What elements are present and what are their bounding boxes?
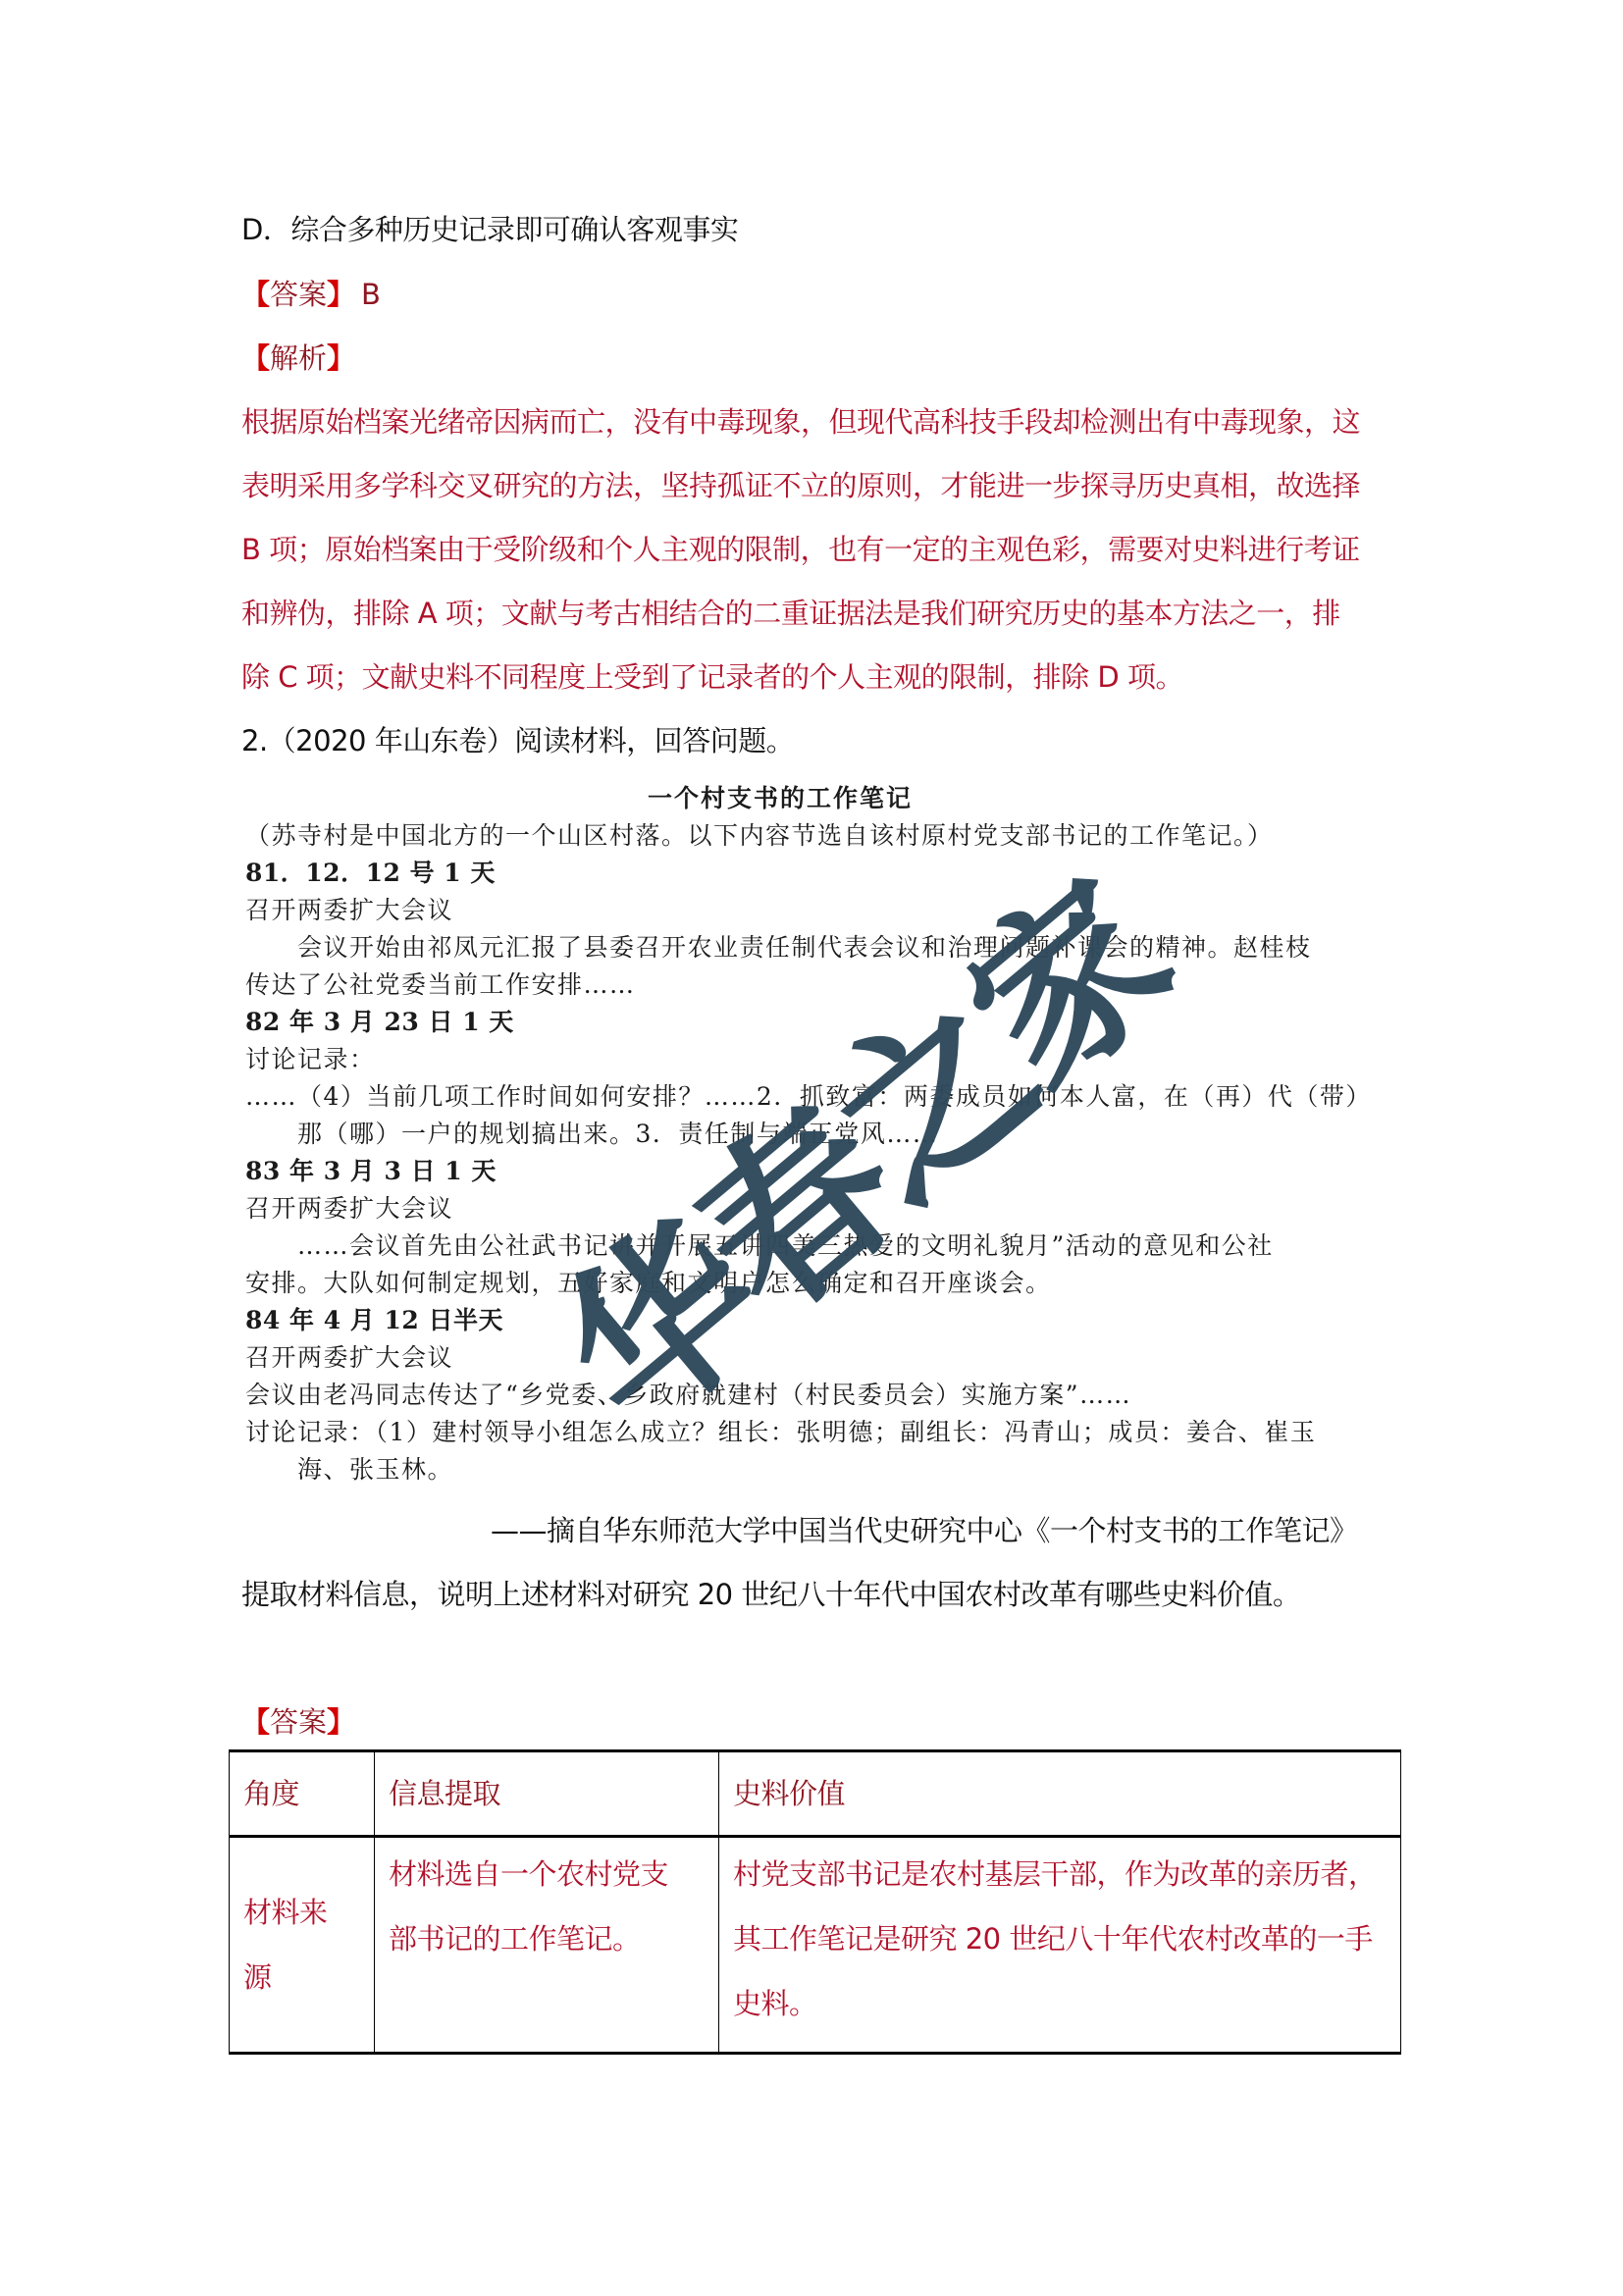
entry-line: 那（哪）一户的规划搞出来。3．责任制与端正党风…… [245,1116,938,1153]
entry-date: 84 年 4 月 12 日半天 [245,1302,503,1339]
analysis-line: 根据原始档案光绪帝因病而亡，没有中毒现象，但现代高科技手段却检测出有中毒现象，这 [241,402,1360,442]
bracket-open: 【 [241,1705,270,1739]
entry-line: ……会议首先由公社武书记讲并开展五讲四美三热爱的文明礼貌月”活动的意见和公社 [245,1227,1274,1265]
answer-label-text: 答案 [270,278,327,311]
bracket-open: 【 [241,341,270,375]
entry-line: 讨论记录：（1）建村领导小组怎么成立？组长：张明德；副组长：冯青山；成员：姜合、… [245,1414,1316,1451]
cell-line: 源 [243,1945,360,2009]
entry-line: 召开两委扩大会议 [245,1339,453,1377]
header-value: 史料价值 [719,1751,1401,1837]
entry-line: 海、张玉林。 [245,1451,453,1488]
table-row: 材料来 源 材料选自一个农村党支 部书记的工作笔记。 村党支部书记是农村基层干部… [230,1837,1401,2054]
analysis-line: B 项；原始档案由于受阶级和个人主观的限制，也有一定的主观色彩，需要对史料进行考… [241,530,1360,569]
cell-line: 村党支部书记是农村基层干部，作为改革的亲历者， [733,1842,1387,1906]
material-intro: （苏寺村是中国北方的一个山区村落。以下内容节选自该村原村党支部书记的工作笔记。） [245,817,1274,855]
cell-line: 部书记的工作笔记。 [389,1906,705,1971]
material-citation: ——摘自华东师范大学中国当代史研究中心《一个村支书的工作笔记》 [491,1511,1358,1550]
entry-line: ……（4）当前几项工作时间如何安排？……2．抓致富：两委成员如何本人富，在（再）… [245,1078,1372,1116]
bracket-close: 】 [327,278,355,311]
question-stem: 2.（2020 年山东卷）阅读材料，回答问题。 [241,721,794,760]
answer-table: 角度 信息提取 史料价值 材料来 源 材料选自一个农村党支 部书记的工作笔记。 … [229,1749,1401,2055]
entry-line: 安排。大队如何制定规划，五好家庭和文明户怎么确定和召开座谈会。 [245,1265,1052,1302]
cell-value: 村党支部书记是农村基层干部，作为改革的亲历者， 其工作笔记是研究 20 世纪八十… [719,1837,1401,2054]
answer-value: B [361,278,381,311]
cell-line: 材料选自一个农村党支 [389,1842,705,1906]
cell-angle: 材料来 源 [230,1837,375,2054]
bracket-open: 【 [241,278,270,311]
table-header-row: 角度 信息提取 史料价值 [230,1751,1401,1837]
answer-label: 【答案】B [241,275,381,314]
entry-line: 召开两委扩大会议 [245,892,453,929]
entry-date: 82 年 3 月 23 日 1 天 [245,1004,514,1041]
header-info: 信息提取 [375,1751,719,1837]
answer-label-text: 答案 [270,1705,327,1739]
entry-line: 会议开始由祁凤元汇报了县委召开农业责任制代表会议和治理问题补课会的精神。赵桂枝 [245,929,1312,966]
entry-date: 83 年 3 月 3 日 1 天 [245,1153,497,1190]
entry-line: 讨论记录： [245,1041,376,1078]
bracket-close: 】 [327,341,355,375]
cell-info: 材料选自一个农村党支 部书记的工作笔记。 [375,1837,719,2054]
analysis-line: 和辨伪，排除 A 项；文献与考古相结合的二重证据法是我们研究历史的基本方法之一，… [241,594,1340,633]
entry-line: 会议由老冯同志传达了“乡党委、乡政府就建村（村民委员会）实施方案”…… [245,1377,1131,1414]
entry-line: 传达了公社党委当前工作安排…… [245,966,636,1004]
option-d: D．综合多种历史记录即可确认客观事实 [241,210,738,249]
analysis-label: 【解析】 [241,339,355,378]
cell-line: 史料。 [733,1971,1387,2036]
analysis-line: 表明采用多学科交叉研究的方法，坚持孤证不立的原则，才能进一步探寻历史真相，故选择 [241,466,1360,505]
analysis-label-text: 解析 [270,341,327,375]
header-angle: 角度 [230,1751,375,1837]
cell-line: 材料来 [243,1880,360,1945]
entry-line: 召开两委扩大会议 [245,1190,453,1227]
material-title: 一个村支书的工作笔记 [648,780,913,817]
cell-line: 其工作笔记是研究 20 世纪八十年代农村改革的一手 [733,1906,1387,1971]
question-prompt: 提取材料信息，说明上述材料对研究 20 世纪八十年代中国农村改革有哪些史料价值。 [241,1575,1300,1614]
entry-date: 81．12．12 号 1 天 [245,855,496,892]
bracket-close: 】 [327,1705,355,1739]
analysis-line: 除 C 项；文献史料不同程度上受到了记录者的个人主观的限制，排除 D 项。 [241,657,1183,697]
answer-label: 【答案】 [241,1702,355,1742]
